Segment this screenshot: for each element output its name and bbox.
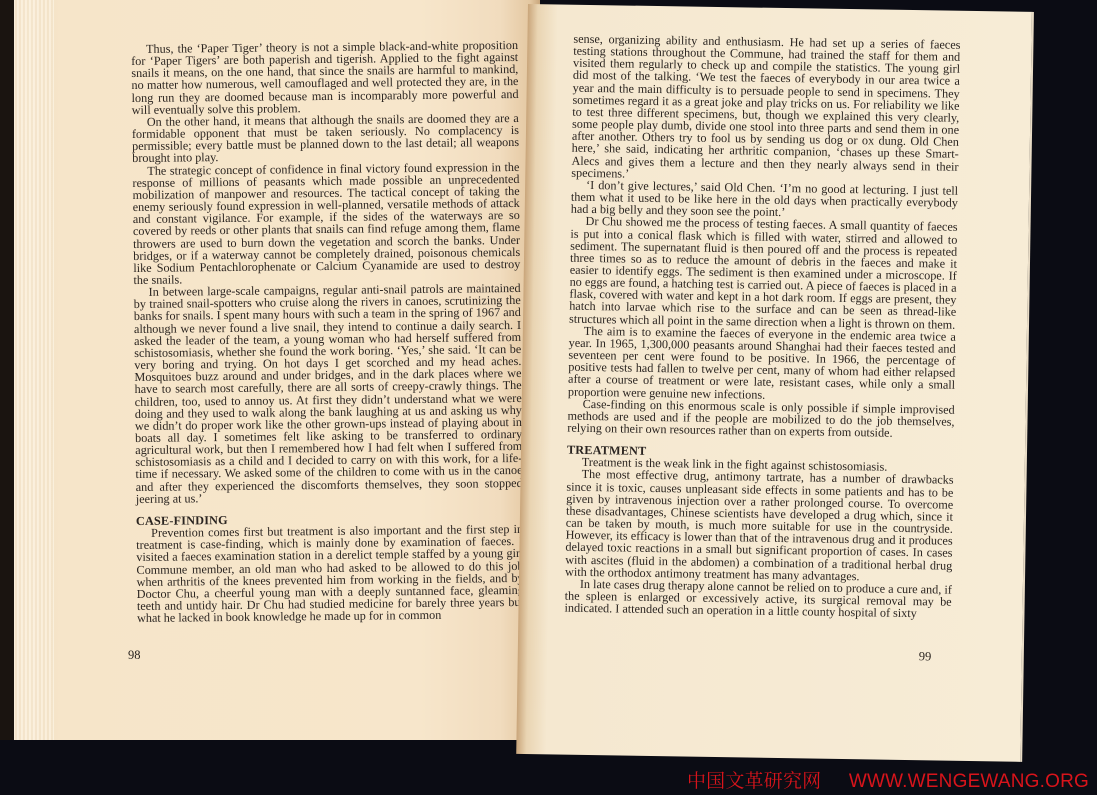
paragraph: On the other hand, it means that althoug… xyxy=(132,112,519,165)
paragraph-continuation: sense, organizing ability and enthusiasm… xyxy=(571,33,960,185)
paragraph: Prevention comes first but treatment is … xyxy=(136,523,524,624)
watermark-url: WWW.WENGEWANG.ORG xyxy=(849,771,1089,792)
page-stack-edge xyxy=(14,0,54,740)
book-edge xyxy=(0,0,14,740)
right-page: sense, organizing ability and enthusiasm… xyxy=(516,4,1034,762)
paragraph: The strategic concept of confidence in f… xyxy=(132,161,520,287)
paragraph: The aim is to examine the faeces of ever… xyxy=(568,324,956,403)
paragraph: Dr Chu showed me the process of testing … xyxy=(569,215,958,330)
watermark-chinese: 中国文革研究网 xyxy=(687,770,821,792)
paragraph: Case-finding on this enormous scale is o… xyxy=(567,397,955,440)
paragraph: Thus, the ‘Paper Tiger’ theory is not a … xyxy=(131,39,519,116)
paragraph: In late cases drug therapy alone cannot … xyxy=(564,578,952,621)
left-page-text: Thus, the ‘Paper Tiger’ theory is not a … xyxy=(131,39,524,624)
paragraph: The most effective drug, antimony tartra… xyxy=(565,468,954,583)
watermark: 中国文革研究网 WWW.WENGEWANG.ORG xyxy=(687,766,1089,793)
paragraph: In between large-scale campaigns, regula… xyxy=(134,282,523,505)
left-page: Thus, the ‘Paper Tiger’ theory is not a … xyxy=(0,0,540,740)
page-number-right: 99 xyxy=(919,649,932,664)
page-number-left: 98 xyxy=(128,648,141,663)
right-page-text: sense, organizing ability and enthusiasm… xyxy=(564,33,960,620)
